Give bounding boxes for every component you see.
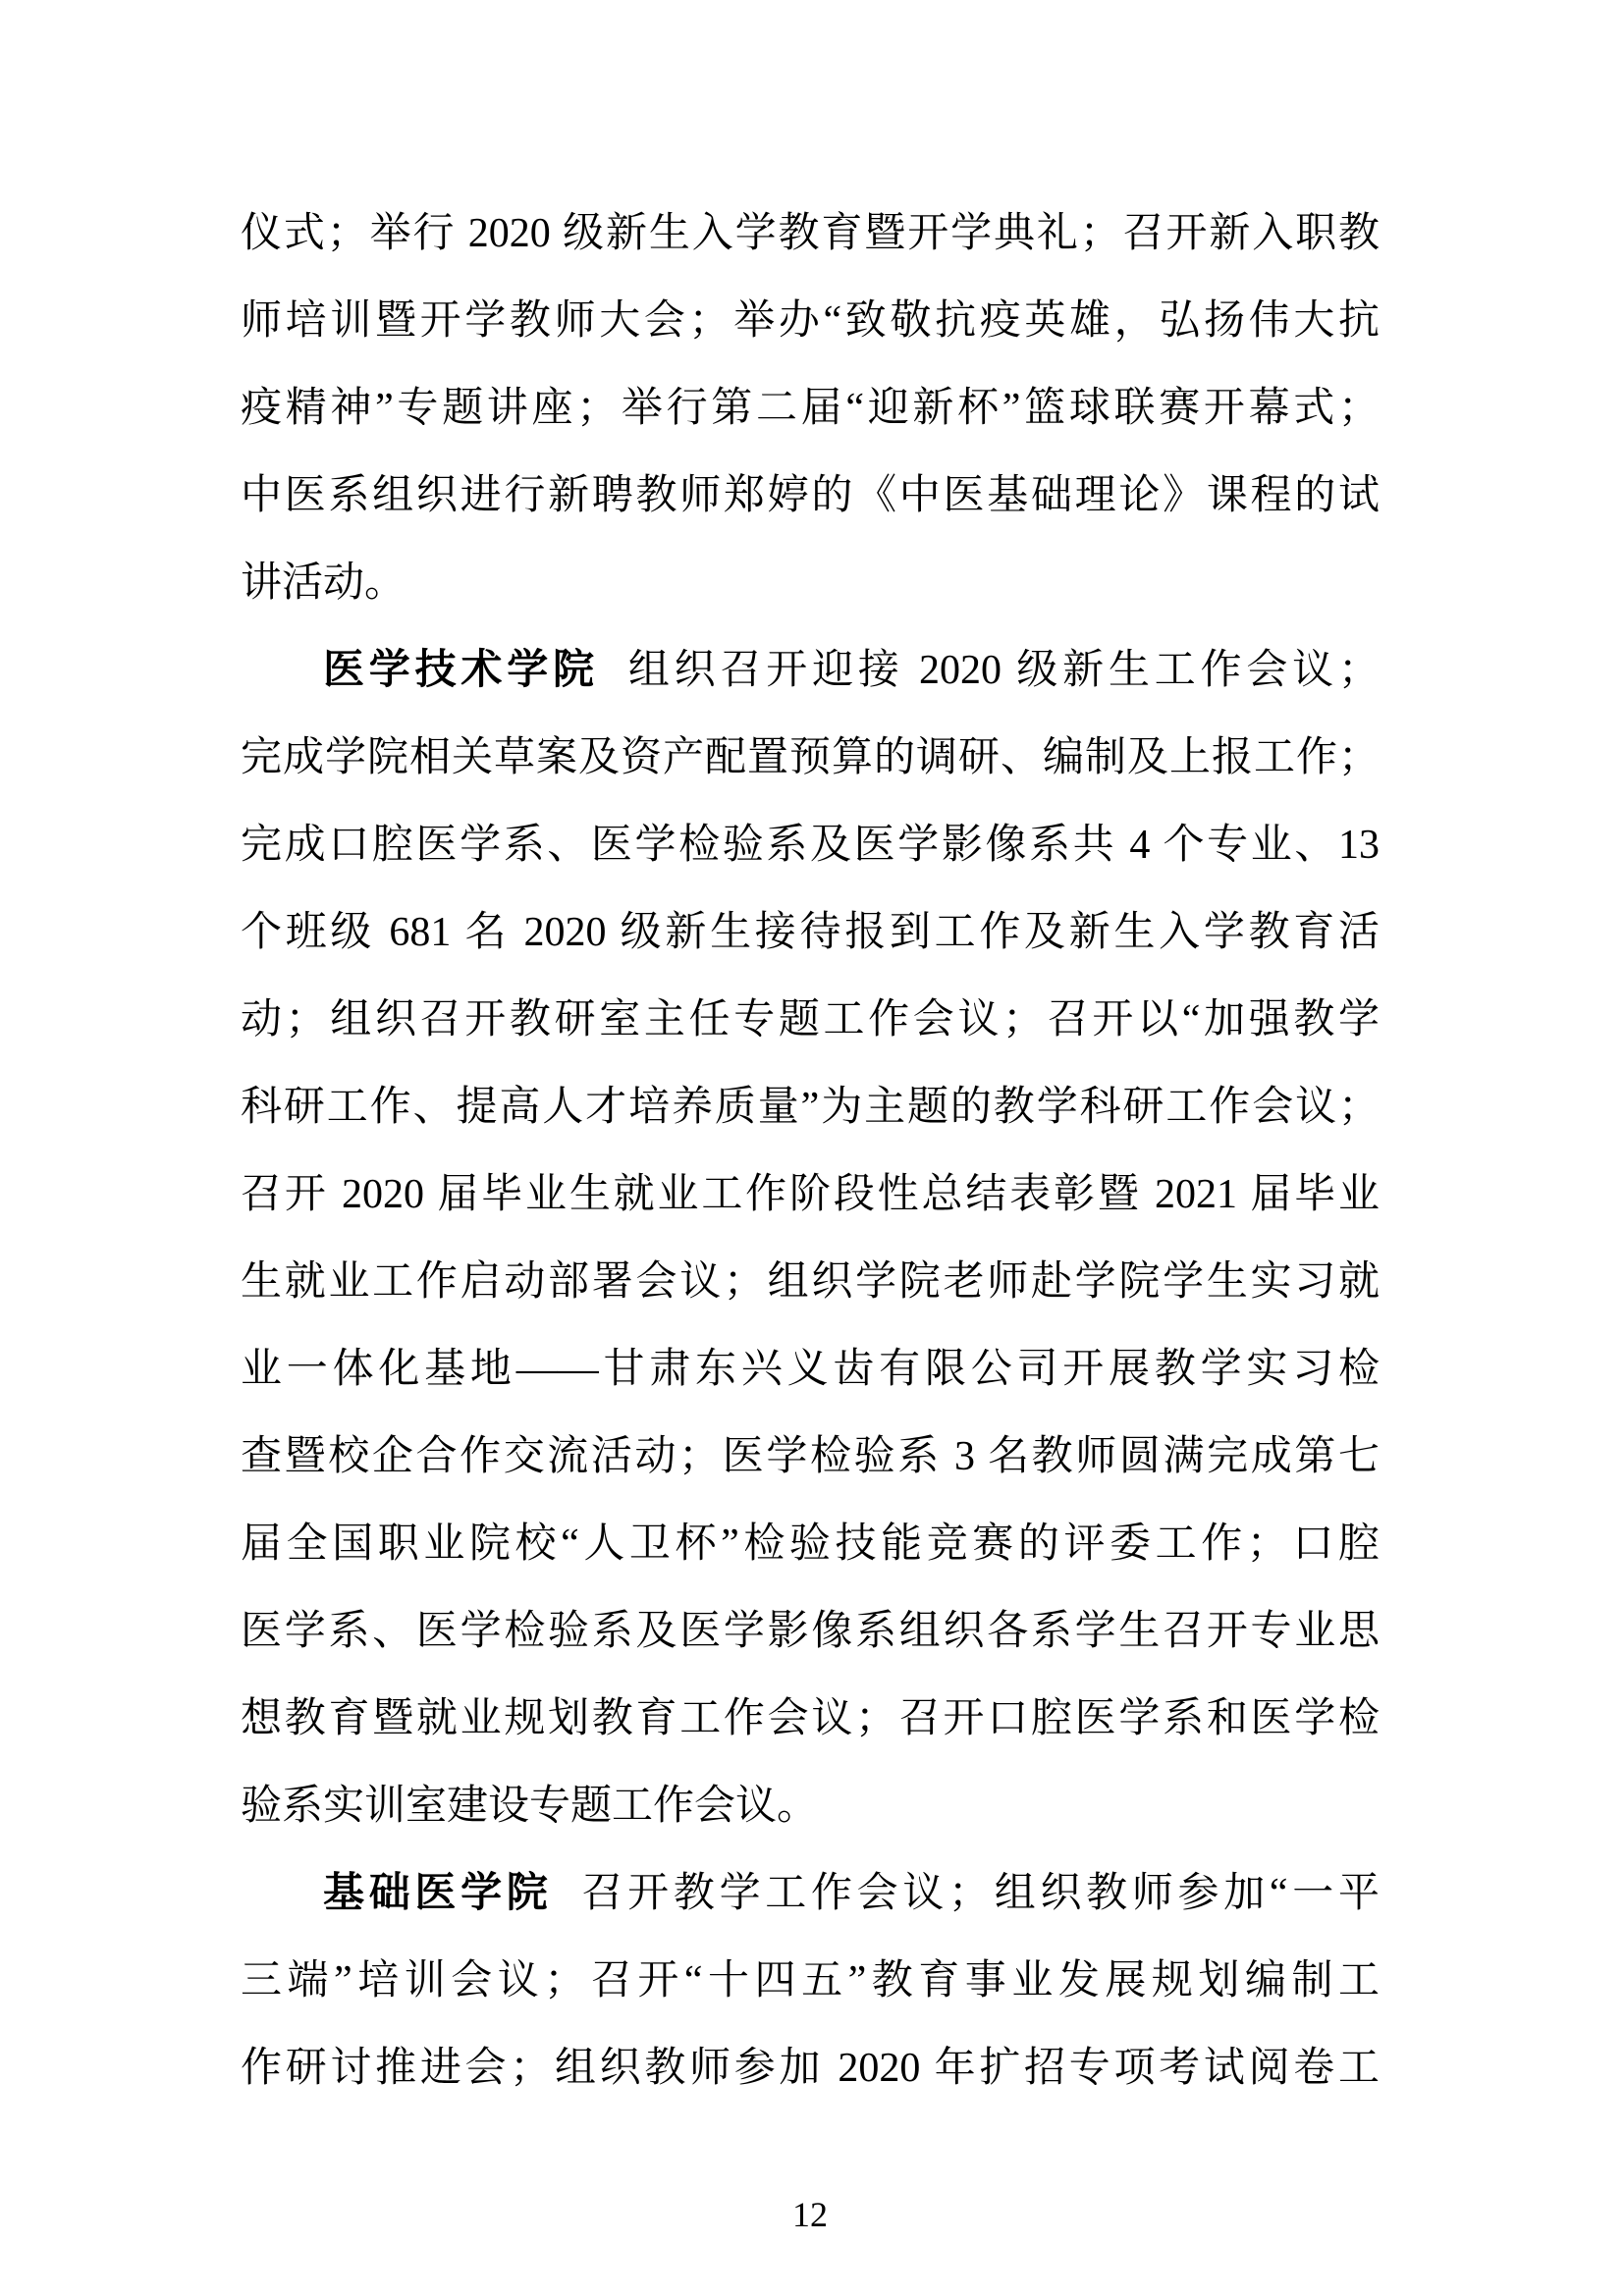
text-line: 基础医学院召开教学工作会议；组织教师参加“一平	[241, 1850, 1380, 1938]
text-run: 组织召开迎接 2020 级新生工作会议；	[628, 648, 1380, 693]
paragraph-medical-technology-college: 医学技术学院组织召开迎接 2020 级新生工作会议； 完成学院相关草案及资产配置…	[241, 627, 1380, 1850]
section-heading: 基础医学院	[323, 1871, 552, 1916]
page-number: 12	[241, 2193, 1380, 2236]
text-line: 医学技术学院组织召开迎接 2020 级新生工作会议；	[241, 627, 1380, 715]
section-heading: 医学技术学院	[323, 648, 599, 693]
text-line: 查暨校企合作交流活动；医学检验系 3 名教师圆满完成第七	[241, 1414, 1380, 1501]
text-line: 个班级 681 名 2020 级新生接待报到工作及新生入学教育活	[241, 889, 1380, 977]
text-line: 届全国职业院校“人卫杯”检验技能竞赛的评委工作；口腔	[241, 1501, 1380, 1588]
text-line: 动；组织召开教研室主任专题工作会议；召开以“加强教学	[241, 977, 1380, 1064]
document-page: 仪式；举行 2020 级新生入学教育暨开学典礼；召开新入职教 师培训暨开学教师大…	[0, 0, 1624, 2296]
paragraph-basic-medical-college: 基础医学院召开教学工作会议；组织教师参加“一平 三端”培训会议；召开“十四五”教…	[241, 1850, 1380, 2112]
text-run: 召开教学工作会议；组织教师参加“一平	[581, 1871, 1380, 1916]
paragraph-continuation: 仪式；举行 2020 级新生入学教育暨开学典礼；召开新入职教 师培训暨开学教师大…	[241, 190, 1380, 627]
text-line: 业一体化基地——甘肃东兴义齿有限公司开展教学实习检	[241, 1326, 1380, 1414]
text-line: 医学系、医学检验系及医学影像系组织各系学生召开专业思	[241, 1588, 1380, 1676]
text-line: 生就业工作启动部署会议；组织学院老师赴学院学生实习就	[241, 1239, 1380, 1326]
text-line: 科研工作、提高人才培养质量”为主题的教学科研工作会议；	[241, 1064, 1380, 1151]
text-line: 仪式；举行 2020 级新生入学教育暨开学典礼；召开新入职教	[241, 190, 1380, 278]
document-body-text: 仪式；举行 2020 级新生入学教育暨开学典礼；召开新入职教 师培训暨开学教师大…	[241, 190, 1380, 2112]
text-line: 召开 2020 届毕业生就业工作阶段性总结表彰暨 2021 届毕业	[241, 1151, 1380, 1239]
text-line: 完成学院相关草案及资产配置预算的调研、编制及上报工作；	[241, 715, 1380, 802]
text-line: 中医系组织进行新聘教师郑婷的《中医基础理论》课程的试	[241, 453, 1380, 540]
text-line: 作研讨推进会；组织教师参加 2020 年扩招专项考试阅卷工	[241, 2025, 1380, 2112]
text-line: 疫精神”专题讲座；举行第二届“迎新杯”篮球联赛开幕式；	[241, 365, 1380, 453]
text-line: 想教育暨就业规划教育工作会议；召开口腔医学系和医学检	[241, 1676, 1380, 1763]
text-line: 讲活动。	[241, 540, 1380, 627]
text-line: 师培训暨开学教师大会；举办“致敬抗疫英雄，弘扬伟大抗	[241, 278, 1380, 365]
text-line: 验系实训室建设专题工作会议。	[241, 1763, 1380, 1850]
text-line: 三端”培训会议；召开“十四五”教育事业发展规划编制工	[241, 1938, 1380, 2025]
text-line: 完成口腔医学系、医学检验系及医学影像系共 4 个专业、13	[241, 802, 1380, 889]
